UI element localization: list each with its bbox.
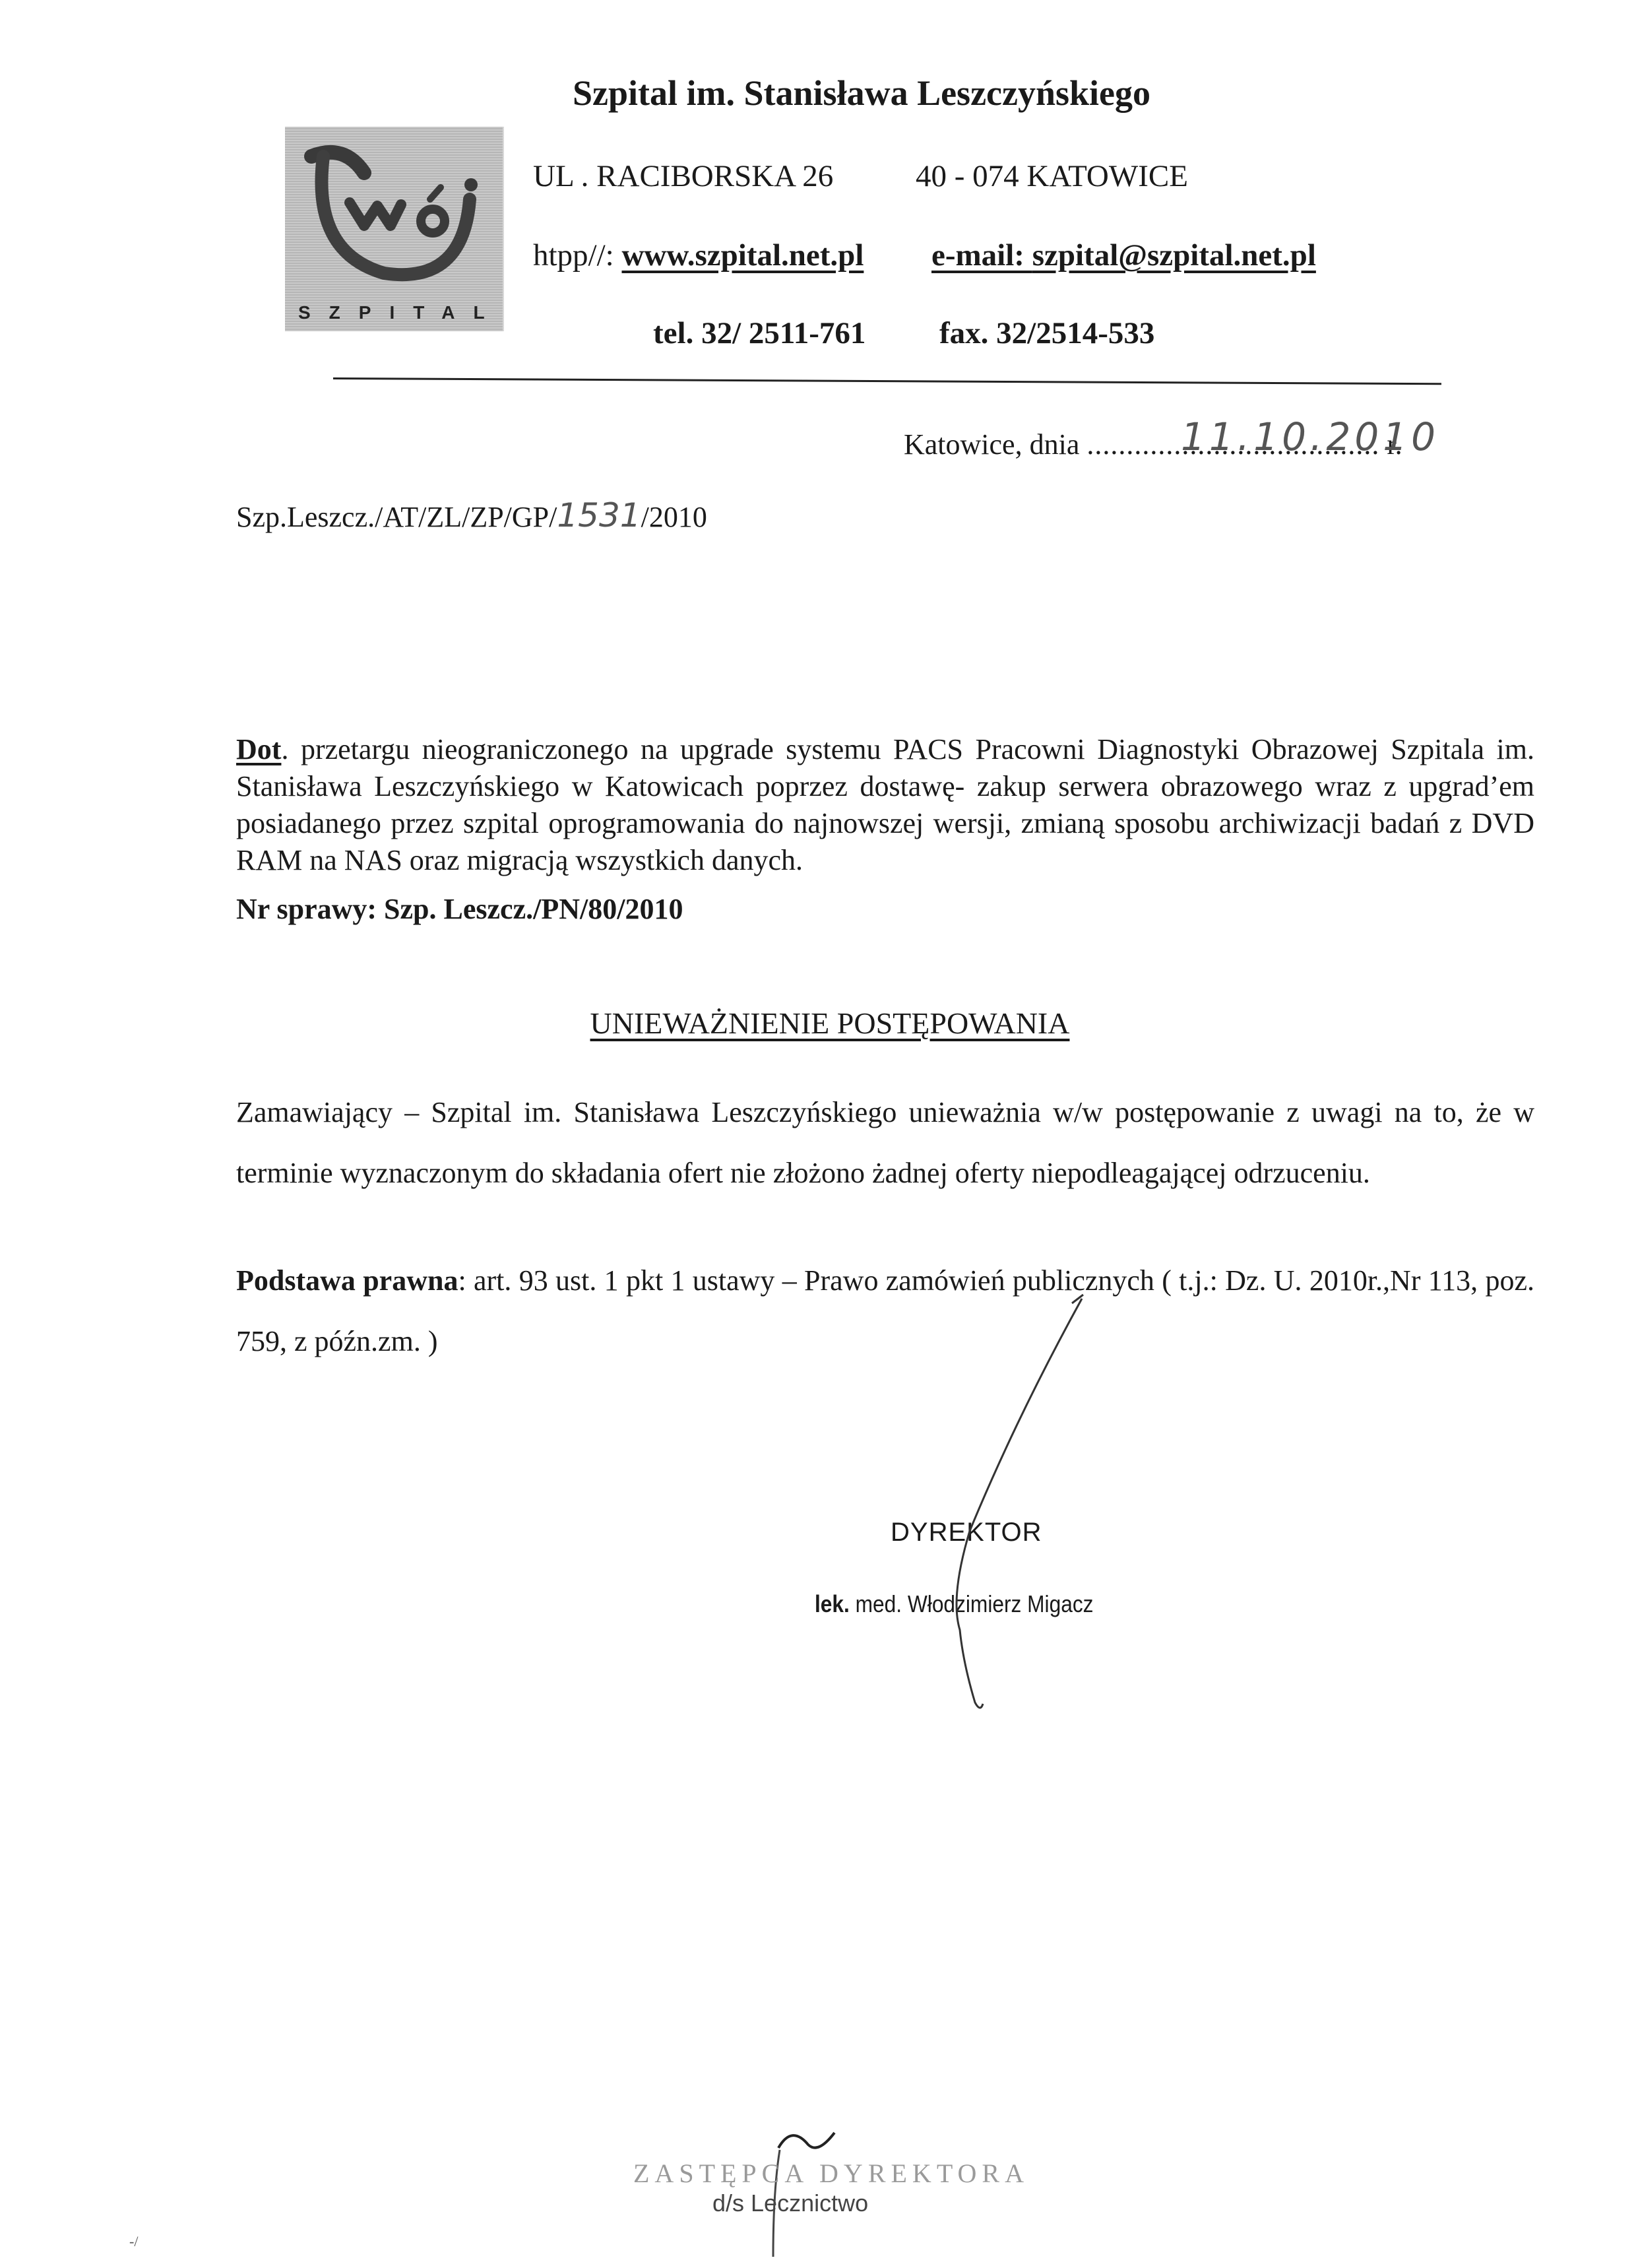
reference-prefix: Szp.Leszcz./AT/ZL/ZP/GP/ — [236, 501, 557, 533]
address-postal-city: 40 - 074 KATOWICE — [916, 158, 1188, 194]
email-label: e-mail: — [931, 238, 1032, 273]
handwritten-date: 11.10.2010 — [1181, 414, 1439, 459]
address-street: UL . RACIBORSKA 26 — [533, 158, 833, 194]
case-number: Nr sprawy: Szp. Leszcz./PN/80/2010 — [236, 892, 683, 926]
website-link[interactable]: www.szpital.net.pl — [621, 238, 864, 273]
signatory-title: DYREKTOR — [891, 1518, 1042, 1547]
fax-number: fax. 32/2514-533 — [939, 315, 1154, 351]
email-line: e-mail: szpital@szpital.net.pl — [931, 238, 1316, 273]
date-prefix: Katowice, dnia — [904, 428, 1086, 461]
legal-basis: Podstawa prawna: art. 93 ust. 1 pkt 1 us… — [236, 1250, 1534, 1372]
hospital-logo: SZPITAL — [285, 127, 504, 331]
subject-text: . przetargu nieograniczonego na upgrade … — [236, 733, 1534, 876]
section-title-text: UNIEWAŻNIENIE POSTĘPOWANIA — [590, 1006, 1070, 1040]
subject-paragraph: Dot. przetargu nieograniczonego na upgra… — [236, 731, 1534, 879]
website-label: htpp//: — [533, 238, 621, 273]
signatory-name-text: med. Włodzimierz Migacz — [850, 1590, 1094, 1617]
reference-suffix: /2010 — [641, 501, 707, 533]
legal-basis-label: Podstawa prawna — [236, 1264, 458, 1297]
email-link[interactable]: szpital@szpital.net.pl — [1032, 238, 1316, 273]
twoj-smile-logo-icon — [285, 127, 503, 331]
date-dots-before: ...... — [1086, 428, 1134, 461]
stamp-department: d/s Lecznictwo — [712, 2189, 868, 2217]
phone-number: tel. 32/ 2511-761 — [653, 315, 865, 351]
section-title: UNIEWAŻNIENIE POSTĘPOWANIA — [0, 1006, 1636, 1041]
signatory-name: lek. med. Włodzimierz Migacz — [815, 1590, 1094, 1618]
hospital-name-heading: Szpital im. Stanisława Leszczyńskiego — [573, 73, 1150, 113]
scan-mark: -/ — [129, 2233, 138, 2250]
logo-wordmark: SZPITAL — [285, 302, 503, 323]
annulment-paragraph: Zamawiający – Szpital im. Stanisława Les… — [236, 1082, 1534, 1204]
header-divider — [333, 377, 1441, 385]
reference-number: Szp.Leszcz./AT/ZL/ZP/GP/1531/2010 — [236, 496, 707, 535]
stamp-title: ZASTĘPCA DYREKTORA — [633, 2158, 1029, 2189]
signatory-name-prefix: lek. — [815, 1590, 850, 1617]
subject-label: Dot — [236, 733, 281, 765]
handwritten-reference-number: 1531 — [557, 496, 641, 535]
website-line: htpp//: www.szpital.net.pl — [533, 238, 864, 273]
